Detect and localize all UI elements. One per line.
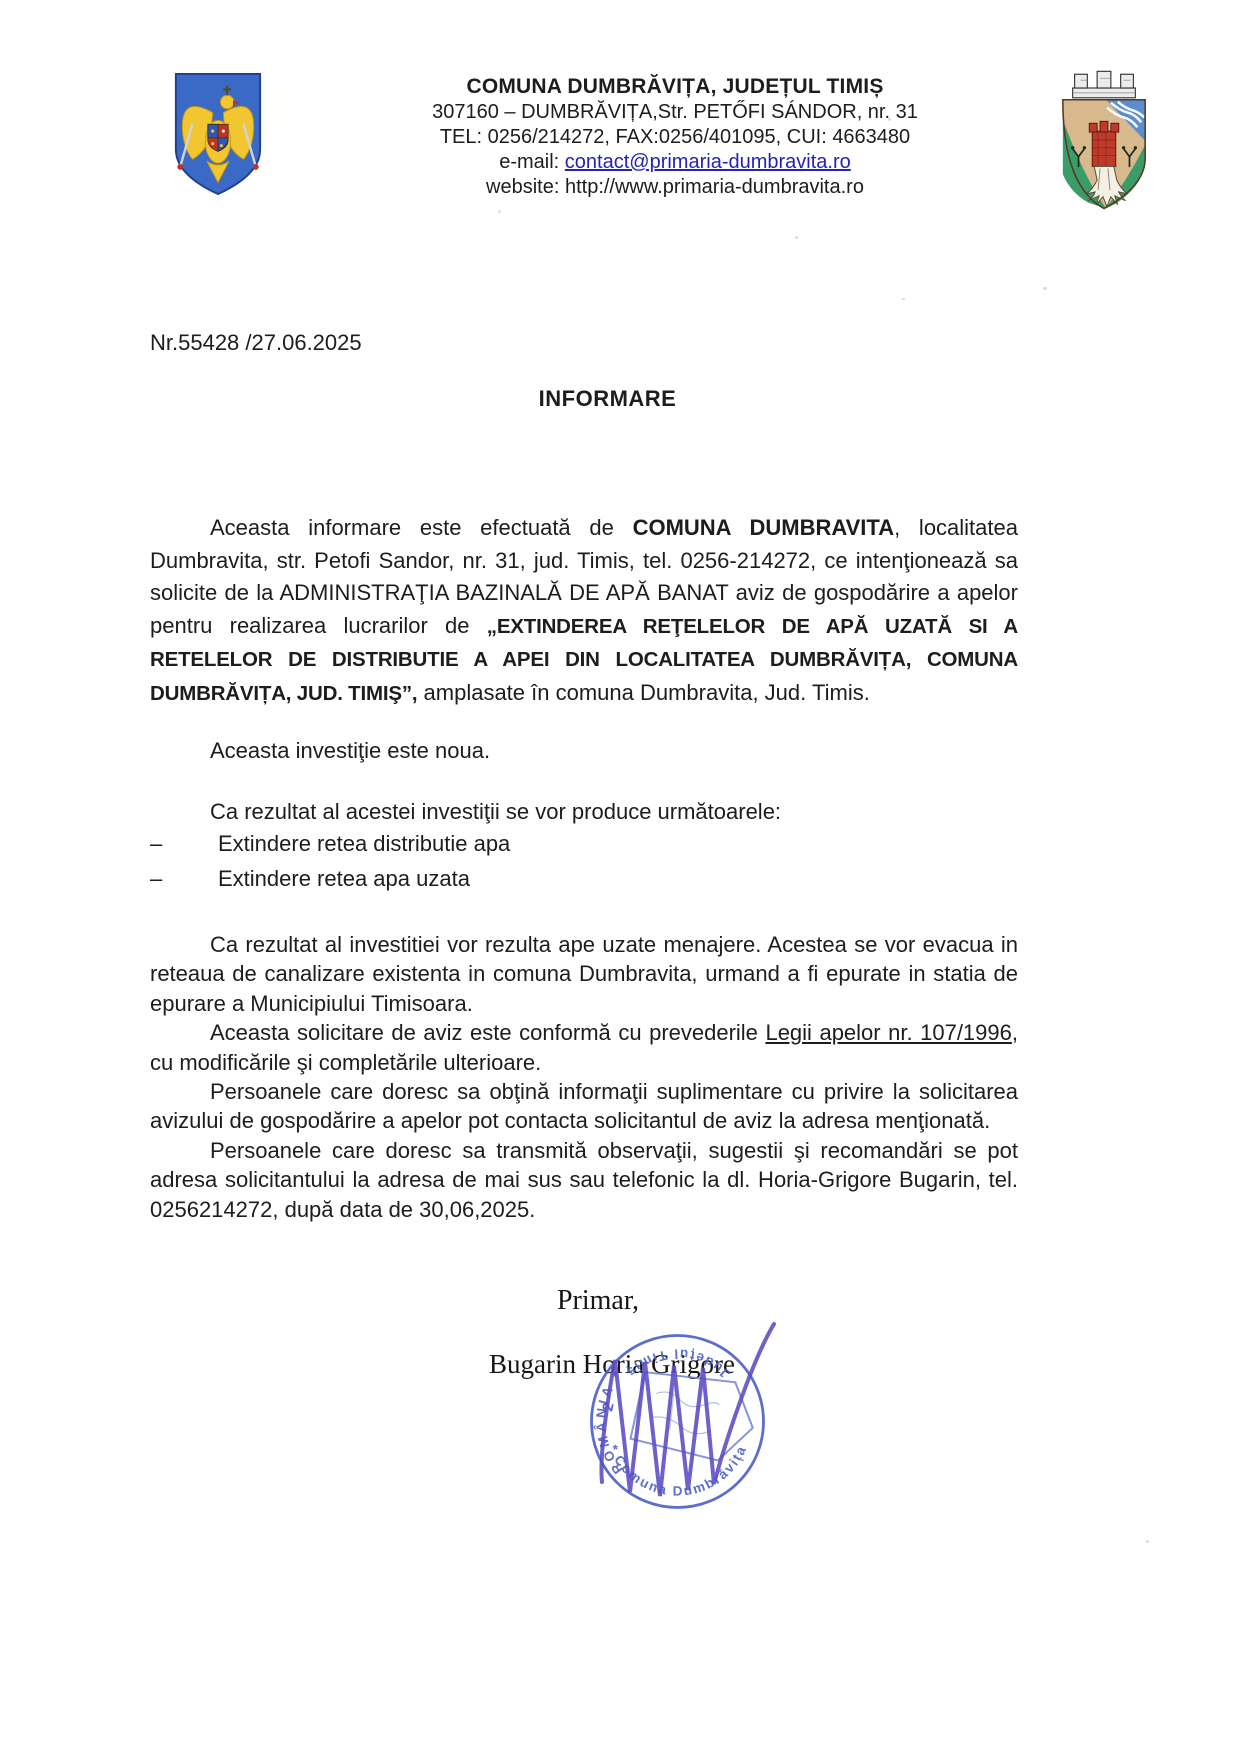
email-label: e-mail: bbox=[499, 151, 565, 173]
official-round-stamp: Județul Timiș ROMÂNIA * * Comuna Dumbrăv… bbox=[555, 1300, 805, 1535]
law-reference: Legii apelor nr. 107/1996 bbox=[765, 1020, 1011, 1045]
letter-body: Aceasta informare este efectuată de COMU… bbox=[150, 512, 1018, 1224]
email-link[interactable]: contact@primaria-dumbravita.ro bbox=[565, 151, 851, 173]
paragraph-law: Aceasta solicitare de aviz este conformă… bbox=[150, 1018, 1018, 1077]
scan-artifact bbox=[1043, 287, 1047, 290]
scan-artifact bbox=[1146, 1540, 1149, 1543]
paragraph-intro: Aceasta informare este efectuată de COMU… bbox=[150, 512, 1018, 710]
para1-bold-commune: COMUNA DUMBRAVITA bbox=[633, 515, 895, 540]
letterhead-phone: TEL: 0256/214272, FAX:0256/401095, CUI: … bbox=[325, 125, 1025, 150]
paragraph-observations: Persoanele care doresc sa transmită obse… bbox=[150, 1136, 1018, 1224]
results-list: –Extindere retea distributie apa –Extind… bbox=[150, 826, 1018, 896]
bullet-text: Extindere retea distributie apa bbox=[218, 826, 510, 861]
paragraph-results-intro: Ca rezultat al acestei investiţii se vor… bbox=[150, 798, 1018, 826]
romania-coat-of-arms-icon bbox=[172, 70, 264, 198]
bullet-dash: – bbox=[150, 861, 218, 896]
paragraph-info-contact: Persoanele care doresc sa obţină informa… bbox=[150, 1077, 1018, 1136]
document-title: INFORMARE bbox=[150, 386, 1065, 412]
letterhead-website: website: http://www.primaria-dumbravita.… bbox=[325, 175, 1025, 200]
scan-artifact bbox=[795, 236, 798, 239]
dumbravita-commune-crest-icon bbox=[1055, 58, 1153, 216]
letterhead-institution: COMUNA DUMBRĂVIȚA, JUDEȚUL TIMIȘ bbox=[325, 74, 1025, 100]
list-item: –Extindere retea apa uzata bbox=[150, 861, 1018, 896]
para1-text: amplasate în comuna Dumbravita, Jud. Tim… bbox=[417, 680, 869, 705]
scan-artifact bbox=[902, 298, 905, 300]
reference-number: Nr.55428 /27.06.2025 bbox=[150, 330, 362, 356]
letterhead-email-line: e-mail: contact@primaria-dumbravita.ro bbox=[325, 150, 1025, 175]
bullet-text: Extindere retea apa uzata bbox=[218, 861, 470, 896]
paragraph-new-investment: Aceasta investiţie este noua. bbox=[150, 736, 1018, 766]
letterhead-address: 307160 – DUMBRĂVIȚA,Str. PETŐFI SÁNDOR, … bbox=[325, 100, 1025, 125]
scanned-letter-page: COMUNA DUMBRĂVIȚA, JUDEȚUL TIMIȘ 307160 … bbox=[0, 0, 1240, 1754]
bullet-dash: – bbox=[150, 826, 218, 861]
letterhead: COMUNA DUMBRĂVIȚA, JUDEȚUL TIMIȘ 307160 … bbox=[325, 74, 1025, 200]
para5-text: Aceasta solicitare de aviz este conformă… bbox=[210, 1020, 765, 1045]
paragraph-wastewater: Ca rezultat al investitiei vor rezulta a… bbox=[150, 930, 1018, 1018]
scan-artifact bbox=[888, 118, 891, 121]
list-item: –Extindere retea distributie apa bbox=[150, 826, 1018, 861]
para1-text: Aceasta informare este efectuată de bbox=[210, 515, 633, 540]
scan-artifact bbox=[498, 210, 501, 213]
